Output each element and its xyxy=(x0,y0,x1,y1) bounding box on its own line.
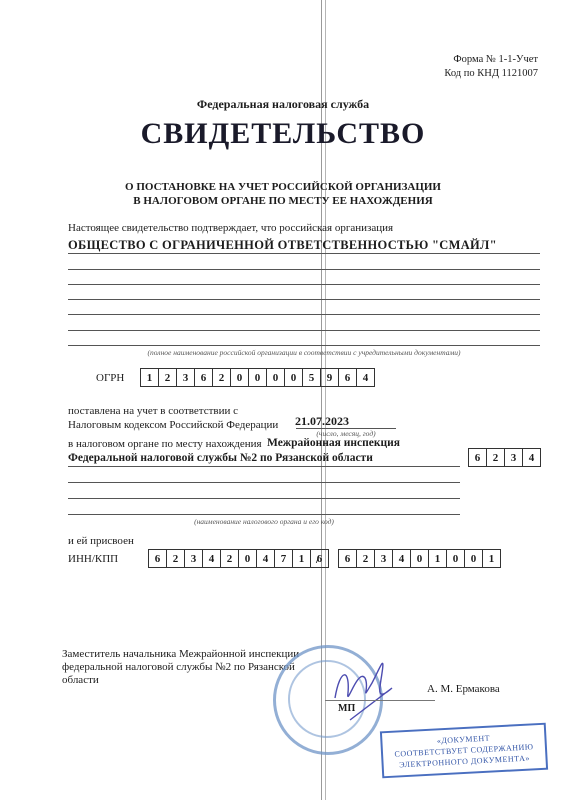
digit-box: 2 xyxy=(166,550,184,567)
digit-box: 0 xyxy=(446,550,464,567)
digit-box: 0 xyxy=(266,369,284,386)
digit-box: 2 xyxy=(212,369,230,386)
registration-line-2: Налоговым кодексом Российской Федерации xyxy=(68,419,278,431)
document-title: СВИДЕТЕЛЬСТВО xyxy=(0,117,566,151)
org-line-6 xyxy=(68,330,540,331)
digit-box: 2 xyxy=(158,369,176,386)
subtitle-line-1: О ПОСТАНОВКЕ НА УЧЕТ РОССИЙСКОЙ ОРГАНИЗА… xyxy=(0,180,566,194)
digit-box: 3 xyxy=(504,449,522,466)
position-line-1: Заместитель начальника Межрайонной инспе… xyxy=(62,648,299,661)
inn-boxes: 6234204716 xyxy=(148,549,329,568)
position-line-3: области xyxy=(62,674,299,687)
digit-box: 1 xyxy=(141,369,158,386)
inn-kpp-label: ИНН/КПП xyxy=(68,553,118,565)
authority-label: в налоговом органе по месту нахождения xyxy=(68,438,262,450)
digit-box: 3 xyxy=(176,369,194,386)
registration-date: 21.07.2023 xyxy=(295,414,349,429)
digit-box: 6 xyxy=(469,449,486,466)
org-line-4 xyxy=(68,299,540,300)
agency-name: Федеральная налоговая служба xyxy=(0,97,566,112)
digit-box: 0 xyxy=(230,369,248,386)
org-caption: (полное наименование российской организа… xyxy=(68,348,540,357)
digit-box: 5 xyxy=(302,369,320,386)
digit-box: 1 xyxy=(292,550,310,567)
digit-box: 6 xyxy=(338,369,356,386)
digit-box: 2 xyxy=(356,550,374,567)
digit-box: 4 xyxy=(256,550,274,567)
authority-line-3 xyxy=(68,498,460,499)
org-line-2 xyxy=(68,269,540,270)
digit-box: 4 xyxy=(392,550,410,567)
org-line-5 xyxy=(68,314,540,315)
digit-box: 0 xyxy=(410,550,428,567)
form-number: Форма № 1-1-Учет xyxy=(444,53,538,67)
digit-box: 3 xyxy=(374,550,392,567)
digit-box: 6 xyxy=(339,550,356,567)
org-line-1 xyxy=(68,253,540,254)
kpp-boxes: 623401001 xyxy=(338,549,501,568)
org-line-3 xyxy=(68,284,540,285)
seal-label: МП xyxy=(338,703,355,714)
assigned-label: и ей присвоен xyxy=(68,535,134,547)
digit-box: 6 xyxy=(194,369,212,386)
digit-box: 2 xyxy=(220,550,238,567)
authority-caption: (наименование налогового органа и его ко… xyxy=(68,517,460,526)
ogrn-boxes: 1236200005964 xyxy=(140,368,375,387)
knd-code: Код по КНД 1121007 xyxy=(444,67,538,81)
org-line-7 xyxy=(68,345,540,346)
authority-name-part-2: Федеральной налоговой службы №2 по Рязан… xyxy=(68,452,373,464)
digit-box: 7 xyxy=(274,550,292,567)
signature-line xyxy=(325,700,435,701)
document-subtitle: О ПОСТАНОВКЕ НА УЧЕТ РОССИЙСКОЙ ОРГАНИЗА… xyxy=(0,180,566,208)
authority-line-4 xyxy=(68,514,460,515)
digit-box: 9 xyxy=(320,369,338,386)
digit-box: 0 xyxy=(464,550,482,567)
ogrn-label: ОГРН xyxy=(96,372,124,384)
signature-icon xyxy=(330,648,400,728)
digit-box: 6 xyxy=(149,550,166,567)
authority-line-2 xyxy=(68,482,460,483)
digit-box: 4 xyxy=(356,369,374,386)
digit-box: 0 xyxy=(248,369,266,386)
signer-name: А. М. Ермакова xyxy=(427,683,500,695)
conformity-stamp: «ДОКУМЕНТ СООТВЕТСТВУЕТ СОДЕРЖАНИЮ ЭЛЕКТ… xyxy=(380,723,548,779)
organization-name: ОБЩЕСТВО С ОГРАНИЧЕННОЙ ОТВЕТСТВЕННОСТЬЮ… xyxy=(68,238,497,253)
form-header: Форма № 1-1-Учет Код по КНД 1121007 xyxy=(444,53,538,81)
subtitle-line-2: В НАЛОГОВОМ ОРГАНЕ ПО МЕСТУ ЕЕ НАХОЖДЕНИ… xyxy=(0,194,566,208)
digit-box: 4 xyxy=(202,550,220,567)
digit-box: 2 xyxy=(486,449,504,466)
digit-box: 4 xyxy=(522,449,540,466)
inn-kpp-separator: / xyxy=(316,552,319,567)
digit-box: 1 xyxy=(428,550,446,567)
intro-text: Настоящее свидетельство подтверждает, чт… xyxy=(68,222,393,234)
position-line-2: федеральной налоговой службы №2 по Рязан… xyxy=(62,661,299,674)
authority-line-1 xyxy=(68,466,460,467)
digit-box: 1 xyxy=(482,550,500,567)
registration-line-1: поставлена на учет в соответствии с xyxy=(68,405,238,417)
authority-code-boxes: 6234 xyxy=(468,448,541,467)
digit-box: 3 xyxy=(184,550,202,567)
digit-box: 0 xyxy=(238,550,256,567)
signer-position: Заместитель начальника Межрайонной инспе… xyxy=(62,648,299,687)
digit-box: 0 xyxy=(284,369,302,386)
authority-name-part-1: Межрайонная инспекция xyxy=(267,437,400,449)
